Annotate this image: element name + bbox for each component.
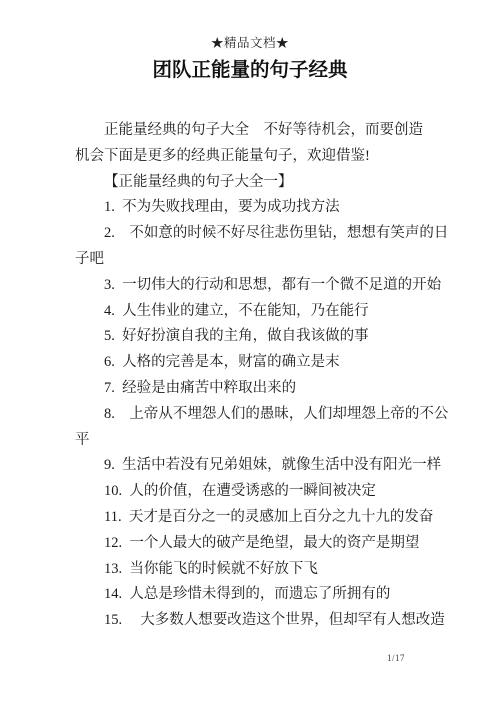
text-line: 平 [75,428,479,454]
text-line: 8. 上帝从不埋怨人们的愚昧，人们却埋怨上帝的不公 [75,402,479,428]
text-line: 13. 当你能飞的时候就不好放下飞 [75,557,479,583]
paragraph-item-11: 11. 天才是百分之一的灵感加上百分之九十九的发奋 [75,505,479,531]
text-line: 6. 人格的完善是本，财富的确立是末 [75,350,479,376]
paragraph-item-13: 13. 当你能飞的时候就不好放下飞 [75,557,479,583]
paragraph-item-5: 5. 好好扮演自我的主角，做自我该做的事 [75,324,479,350]
text-line: 4. 人生伟业的建立，不在能知，乃在能行 [75,299,479,325]
text-line: 【正能量经典的句子大全一】 [75,170,479,196]
paragraph-item-12: 12. 一个人最大的破产是绝望，最大的资产是期望 [75,531,479,557]
text-line: 2. 不如意的时候不好尽往悲伤里钻，想想有笑声的日 [75,221,479,247]
text-line: 11. 天才是百分之一的灵感加上百分之九十九的发奋 [75,505,479,531]
text-line: 15. 大多数人想要改造这个世界，但却罕有人想改造 [75,608,479,634]
paragraph-section-heading: 【正能量经典的句子大全一】 [75,170,479,196]
header-watermark: ★精品文档★ [0,33,500,51]
paragraph-item-10: 10. 人的价值，在遭受诱惑的一瞬间被决定 [75,479,479,505]
page-number: 1/17 [387,653,405,663]
document-body: 正能量经典的句子大全 不好等待机会，而要创造机会下面是更多的经典正能量句子，欢迎… [75,118,479,634]
text-line: 9. 生活中若没有兄弟姐妹，就像生活中没有阳光一样 [75,453,479,479]
text-line: 5. 好好扮演自我的主角，做自我该做的事 [75,324,479,350]
paragraph-item-7: 7. 经验是由痛苦中粹取出来的 [75,376,479,402]
document-page: ★精品文档★ 团队正能量的句子经典 正能量经典的句子大全 不好等待机会，而要创造… [0,0,500,707]
page-title: 团队正能量的句子经典 [0,54,500,82]
paragraph-item-4: 4. 人生伟业的建立，不在能知，乃在能行 [75,299,479,325]
paragraph-intro: 正能量经典的句子大全 不好等待机会，而要创造机会下面是更多的经典正能量句子，欢迎… [75,118,479,170]
paragraph-item-9: 9. 生活中若没有兄弟姐妹，就像生活中没有阳光一样 [75,453,479,479]
text-line: 7. 经验是由痛苦中粹取出来的 [75,376,479,402]
paragraph-item-15: 15. 大多数人想要改造这个世界，但却罕有人想改造 [75,608,479,634]
text-line: 子吧 [75,247,479,273]
text-line: 10. 人的价值，在遭受诱惑的一瞬间被决定 [75,479,479,505]
paragraph-item-6: 6. 人格的完善是本，财富的确立是末 [75,350,479,376]
text-line: 12. 一个人最大的破产是绝望，最大的资产是期望 [75,531,479,557]
text-line: 3. 一切伟大的行动和思想，都有一个微不足道的开始 [75,273,479,299]
text-line: 机会下面是更多的经典正能量句子，欢迎借鉴! [75,144,479,170]
paragraph-item-2: 2. 不如意的时候不好尽往悲伤里钻，想想有笑声的日子吧 [75,221,479,273]
paragraph-item-14: 14. 人总是珍惜未得到的，而遗忘了所拥有的 [75,582,479,608]
paragraph-item-3: 3. 一切伟大的行动和思想，都有一个微不足道的开始 [75,273,479,299]
text-line: 14. 人总是珍惜未得到的，而遗忘了所拥有的 [75,582,479,608]
text-line: 正能量经典的句子大全 不好等待机会，而要创造 [75,118,479,144]
text-line: 1. 不为失败找理由，要为成功找方法 [75,195,479,221]
paragraph-item-8: 8. 上帝从不埋怨人们的愚昧，人们却埋怨上帝的不公平 [75,402,479,454]
paragraph-item-1: 1. 不为失败找理由，要为成功找方法 [75,195,479,221]
